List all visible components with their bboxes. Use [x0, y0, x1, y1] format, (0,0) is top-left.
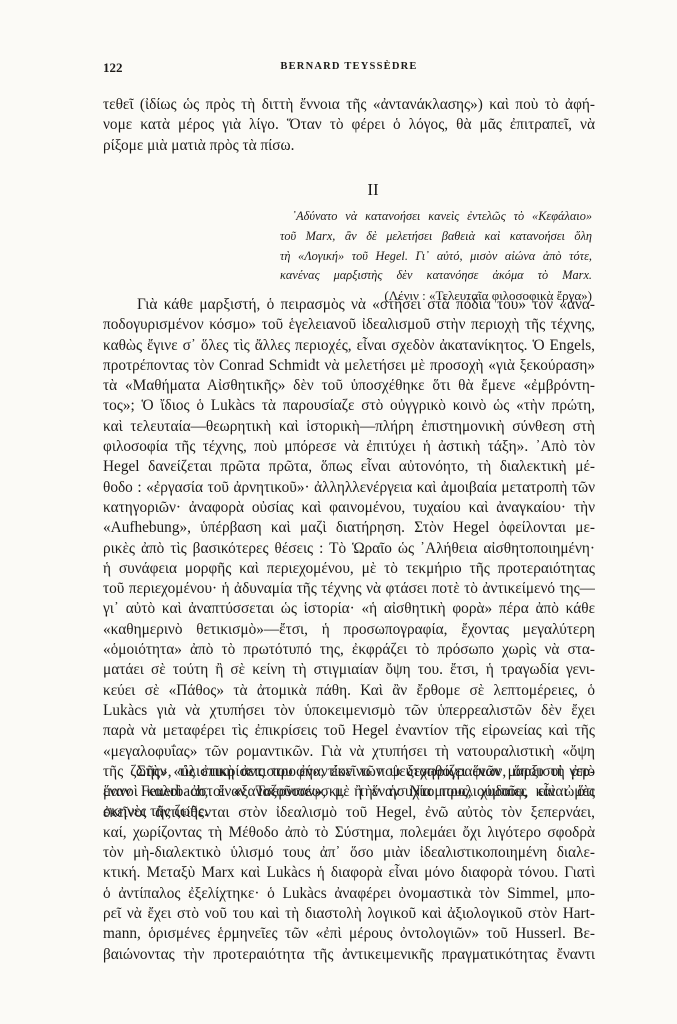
text-line: ματάει σὲ τούτη ἢ σὲ κείνη τὴ στιγμιαίαν… — [103, 660, 595, 680]
text-line: κτική. Μεταξὺ Marx καὶ Lukàcs ἡ διαφορὰ … — [103, 863, 595, 883]
text-line: τὸν μὴ-διαλεκτικὸ ὑλισμό τους ἀπ᾿ ὅσο μι… — [103, 843, 595, 863]
running-title: BERNARD TEYSSÈDRE — [103, 61, 595, 72]
epigraph-line: τὴ «Λογική» τοῦ Hegel. Γι᾿ αὐτό, μισὸν α… — [280, 247, 592, 267]
text-line: φιλοσοφία τῆς τέχνης, ποὺ μπόρεσε νὰ ἐπι… — [103, 437, 595, 457]
paragraph-1: Γιὰ κάθε μαρξιστή, ὁ πειρασμὸς νὰ «στήσε… — [103, 295, 595, 823]
text-line: «καθημερινὸ θετικισμὸ»—ἔτσι, ἡ προσωπογρ… — [103, 620, 595, 640]
text-line: τὰ «Μαθήματα Αἰσθητικῆς» δὲν τοῦ ὑποσχέθ… — [103, 376, 595, 396]
text-line: «Aufhebung», ὑπέρβαση καὶ μαζὶ διατήρηση… — [103, 518, 595, 538]
text-line: καθὼς ἔγινε σ᾿ ὅλες τὶς ἄλλες περιοχές, … — [103, 336, 595, 356]
document-page: 122 BERNARD TEYSSÈDRE τεθεῖ (ἰδίως ὡς πρ… — [0, 0, 677, 1024]
text-line: Γιὰ κάθε μαρξιστή, ὁ πειρασμὸς νὰ «στήσε… — [103, 295, 595, 315]
text-line: τοῦ περιεχομένου· ἡ ἀδυναμία τῆς τέχνης … — [103, 579, 595, 599]
text-line: κεύει σὲ «Πάθος» τὰ ἀτομικὰ πάθη. Καὶ ἂν… — [103, 681, 595, 701]
epigraph-line: κανένας μαρξιστὴς δὲν κατανόησε ἀκόμα τὸ… — [280, 266, 592, 286]
text-line: mann, ὁρισμένες ἑρμηνεῖες τῶν «ἐπὶ μέρου… — [103, 924, 595, 944]
text-line: κατηγοριῶν· ἀναφορὰ οὐσίας καὶ φαινομένο… — [103, 498, 595, 518]
epigraph-line: ᾿Αδύνατο νὰ κατανοήσει κανεὶς ἐντελῶς τὸ… — [280, 207, 592, 227]
text-line: ἕναν Feuerbach, ἕναν Τσερνισέφσκι, ἢ ἕνα… — [103, 782, 595, 802]
text-line: καὶ τελευταία—θεωρητικὴ καὶ ἱστορικὴ—πλή… — [103, 417, 595, 437]
text-line: ὁ ἀντίπαλος ἐξελίχτηκε· ὁ Lukàcs ἀναφέρε… — [103, 884, 595, 904]
text-line: βαιώνοντας τὴν προτεραιότητα τῆς ἀντικει… — [103, 945, 595, 965]
text-line: ρίξομε μιὰ ματιὰ πρὸς τὰ πίσω. — [103, 136, 595, 156]
epigraph-line: τοῦ Marx, ἂν δὲ μελετήσει βαθειὰ καὶ κατ… — [280, 227, 592, 247]
text-line: ποδογυρισμένον κόσμο» τοῦ ἑγελειανοῦ ἰδε… — [103, 315, 595, 335]
text-line: Hegel δανείζεται πρῶτα πρῶτα, ὅπως εἶναι… — [103, 457, 595, 477]
paragraph-2: Στὴν «ὑλιστικὴ ἀντιστροφή», ἐκεῖνο ποὺ ξ… — [103, 762, 595, 965]
epigraph: ᾿Αδύνατο νὰ κατανοήσει κανεὶς ἐντελῶς τὸ… — [280, 207, 592, 306]
text-line: Lukàcs γιὰ νὰ χτυπήσει τὸν ὑποκειμενισμὸ… — [103, 701, 595, 721]
section-heading: II — [103, 180, 643, 200]
text-line: Στὴν «ὑλιστικὴ ἀντιστροφή», ἐκεῖνο ποὺ ξ… — [103, 762, 595, 782]
text-line: τεθεῖ (ἰδίως ὡς πρὸς τὴ διττὴ ἔννοια τῆς… — [103, 95, 595, 115]
text-line: ρικὲς ἀπὸ τὶς βασικότερες θέσεις : Τὸ Ὡρ… — [103, 539, 595, 559]
top-paragraph: τεθεῖ (ἰδίως ὡς πρὸς τὴ διττὴ ἔννοια τῆς… — [103, 95, 595, 156]
text-line: θοδο : «ἐργασία τοῦ ἀρνητικοῦ»· ἀλληλλεν… — [103, 478, 595, 498]
text-line: ρεῖ νὰ ἔχει στὸ νοῦ του καὶ τὴ διαστολὴ … — [103, 904, 595, 924]
running-header: 122 BERNARD TEYSSÈDRE — [103, 60, 595, 76]
text-line: γι᾿ αὐτὸ καὶ ἀναπτύσσεται ὡς ἱστορία· «ἡ… — [103, 599, 595, 619]
text-line: «ὁμοιότητα» ἀπὸ τὸ πρωτότυπό της, ἐκφράζ… — [103, 640, 595, 660]
text-line: νομε κατὰ μέρος γιὰ λίγο. Ὅταν τὸ φέρει … — [103, 115, 595, 135]
text-line: παρὰ νὰ μεταφέρει τὶς ἐπικρίσεις τοῦ Heg… — [103, 721, 595, 741]
text-line: τος»; Ὁ ἴδιος ὁ Lukàcs τὰ παρουσίαζε στὸ… — [103, 396, 595, 416]
text-line: ἐκεῖνοι ἀντιτίθενται στὸν ἰδεαλισμὸ τοῦ … — [103, 803, 595, 823]
text-line: ἡ συνάφεια μορφῆς καὶ περιεχομένου, μὲ τ… — [103, 559, 595, 579]
text-line: προτρέποντας τὸν Conrad Schmidt νὰ μελετ… — [103, 356, 595, 376]
text-line: καί, χωρίζοντας τὴ Μέθοδο ἀπὸ τὸ Σύστημα… — [103, 823, 595, 843]
text-line: «μεγαλοφυΐας» τῶν ρομαντικῶν. Γιὰ νὰ χτυ… — [103, 742, 595, 762]
